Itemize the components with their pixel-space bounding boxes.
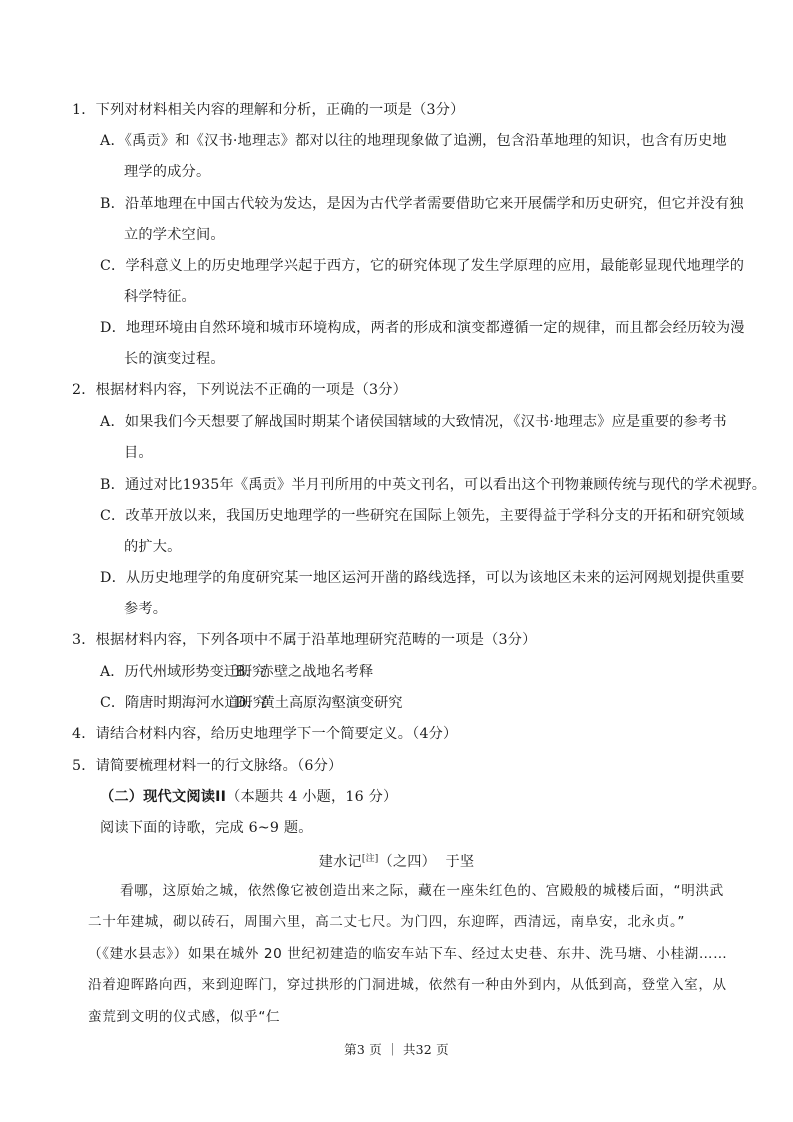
question-3-stem: 3．根据材料内容，下列各项中不属于沿革地理研究范畴的一项是（3分） [72,630,536,650]
question-2-option-b: B．通过对比1935年《禹贡》半月刊所用的中英文刊名，可以看出这个刊物兼顾传统与… [100,475,766,495]
question-2-option-c: C．改革开放以来，我国历史地理学的一些研究在国际上领先，主要得益于学科分支的开拓… [100,506,744,526]
question-1-option-a-cont: 理学的成分。 [124,162,210,182]
poem-title: 建水记[注]（之四） 于坚 [0,849,793,872]
poem-author: 于坚 [446,854,475,870]
question-1-option-c-cont: 科学特征。 [124,287,196,307]
question-2-option-d-cont: 参考。 [124,599,167,619]
question-1-stem: 1．下列对材料相关内容的理解和分析，正确的一项是（3分） [72,100,465,120]
question-2-stem: 2．根据材料内容，下列说法不正确的一项是（3分） [72,380,407,400]
section-heading-title: （二）现代文阅读II [100,789,226,805]
section-heading: （二）现代文阅读II（本题共 4 小题，16 分） [100,787,397,807]
question-1-option-b: B．沿革地理在中国古代较为发达，是因为古代学者需要借助它来开展儒学和历史研究，但… [100,194,744,214]
poem-line-5: 蛮荒到文明的仪式感，似乎“仁 [88,1007,280,1027]
question-2-option-c-cont: 的扩大。 [124,537,182,557]
poem-line-2: 二十年建城，砌以砖石，周围六里，高二丈七尺。为门四，东迎晖，西清远，南阜安，北永… [88,912,685,932]
question-3-option-b: B．赤壁之战地名考释 [235,662,373,682]
question-3-option-d: D．黄土高原沟壑演变研究 [235,693,402,713]
question-5-stem: 5．请简要梳理材料一的行文脉络。（6分） [72,756,342,776]
question-2-option-a-cont: 目。 [124,443,153,463]
question-1-option-a: A．《禹贡》和《汉书·地理志》都对以往的地理现象做了追溯，包含沿革地理的知识，也… [100,131,727,151]
poem-line-4: 沿着迎晖路向西，来到迎晖门，穿过拱形的门洞进城，依然有一种由外到内，从低到高，登… [88,975,727,995]
question-1-option-b-cont: 立的学术空间。 [124,225,225,245]
question-1-option-d-cont: 长的演变过程。 [124,349,225,369]
question-1-option-c: C．学科意义上的历史地理学兴起于西方，它的研究体现了发生学原理的应用，最能彰显现… [100,256,744,276]
poem-line-1: 看哪，这原始之城，依然像它被创造出来之际，藏在一座朱红色的、宫殿般的城楼后面，“… [120,881,724,901]
poem-line-3: （《建水县志》）如果在城外 20 世纪初建造的临安车站下车、经过太史巷、东井、洗… [88,944,727,964]
question-4-stem: 4．请结合材料内容，给历史地理学下一个简要定义。（4分） [72,724,457,744]
question-2-option-a: A．如果我们今天想要了解战国时期某个诸侯国辖域的大致情况，《汉书·地理志》应是重… [100,412,727,432]
question-1-option-d: D．地理环境由自然环境和城市环境构成，两者的形成和演变都遵循一定的规律，而且都会… [100,318,745,338]
reading-instruction: 阅读下面的诗歌，完成 6~9 题。 [100,818,313,838]
exam-page: 1．下列对材料相关内容的理解和分析，正确的一项是（3分） A．《禹贡》和《汉书·… [0,0,793,1122]
question-2-option-d: D．从历史地理学的角度研究某一地区运河开凿的路线选择，可以为该地区未来的运河网规… [100,568,745,588]
page-footer: 第3 页 ｜ 共32 页 [0,1040,793,1060]
footnote-mark: [注] [362,854,379,864]
section-heading-note: （本题共 4 小题，16 分） [226,789,397,805]
